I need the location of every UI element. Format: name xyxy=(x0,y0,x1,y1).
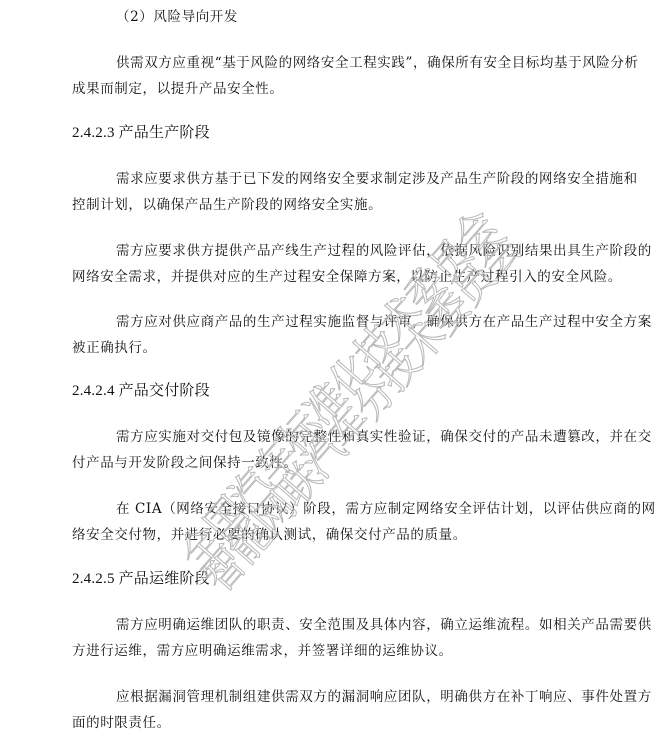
section-heading-operations: 2.4.2.5 产品运维阶段 xyxy=(72,570,210,588)
section-heading-delivery: 2.4.2.4 产品交付阶段 xyxy=(72,382,210,400)
paragraph-line: 付产品与开发阶段之间保持一致性。 xyxy=(72,454,298,472)
paragraph-line: 在 CIA（网络安全接口协议）阶段，需方应制定网络安全评估计划，以评估供应商的网 xyxy=(116,500,656,518)
paragraph-line: 络安全交付物，并进行必要的确认测试，确保交付产品的质量。 xyxy=(72,526,467,544)
paragraph-line: 被正确执行。 xyxy=(72,339,157,357)
document-page: （2）风险导向开发 供需双方应重视“基于风险的网络安全工程实践”，确保所有安全目… xyxy=(0,0,664,738)
paragraph-line: 面的时限责任。 xyxy=(72,714,171,732)
paragraph-line: 需求应要求供方基于已下发的网络安全要求制定涉及产品生产阶段的网络安全措施和 xyxy=(116,170,638,188)
paragraph-line: 需方应明确运维团队的职责、安全范围及具体内容，确立运维流程。如相关产品需要供 xyxy=(116,616,652,634)
subheading-risk-oriented-development: （2）风险导向开发 xyxy=(116,8,238,26)
paragraph-line: 成果而制定，以提升产品安全性。 xyxy=(72,80,284,98)
paragraph-line: 网络安全需求，并提供对应的生产过程安全保障方案，以防止生产过程引入的安全风险。 xyxy=(72,268,622,286)
paragraph-line: 控制计划，以确保产品生产阶段的网络安全实施。 xyxy=(72,196,382,214)
paragraph-line: 需方应要求供方提供产品产线生产过程的风险评估，依据风险识别结果出具生产阶段的 xyxy=(116,242,652,260)
section-heading-production: 2.4.2.3 产品生产阶段 xyxy=(72,124,210,142)
paragraph-line: 供需双方应重视“基于风险的网络安全工程实践”，确保所有安全目标均基于风险分析 xyxy=(116,54,639,72)
paragraph-line: 方进行运维，需方应明确运维需求，并签署详细的运维协议。 xyxy=(72,642,453,660)
paragraph-line: 需方应实施对交付包及镜像的完整性和真实性验证，确保交付的产品未遭篡改，并在交 xyxy=(116,428,652,446)
paragraph-line: 应根据漏洞管理机制组建供需双方的漏洞响应团队，明确供方在补丁响应、事件处置方 xyxy=(116,688,652,706)
paragraph-line: 需方应对供应商产品的生产过程实施监督与评审，确保供方在产品生产过程中安全方案 xyxy=(116,313,652,331)
